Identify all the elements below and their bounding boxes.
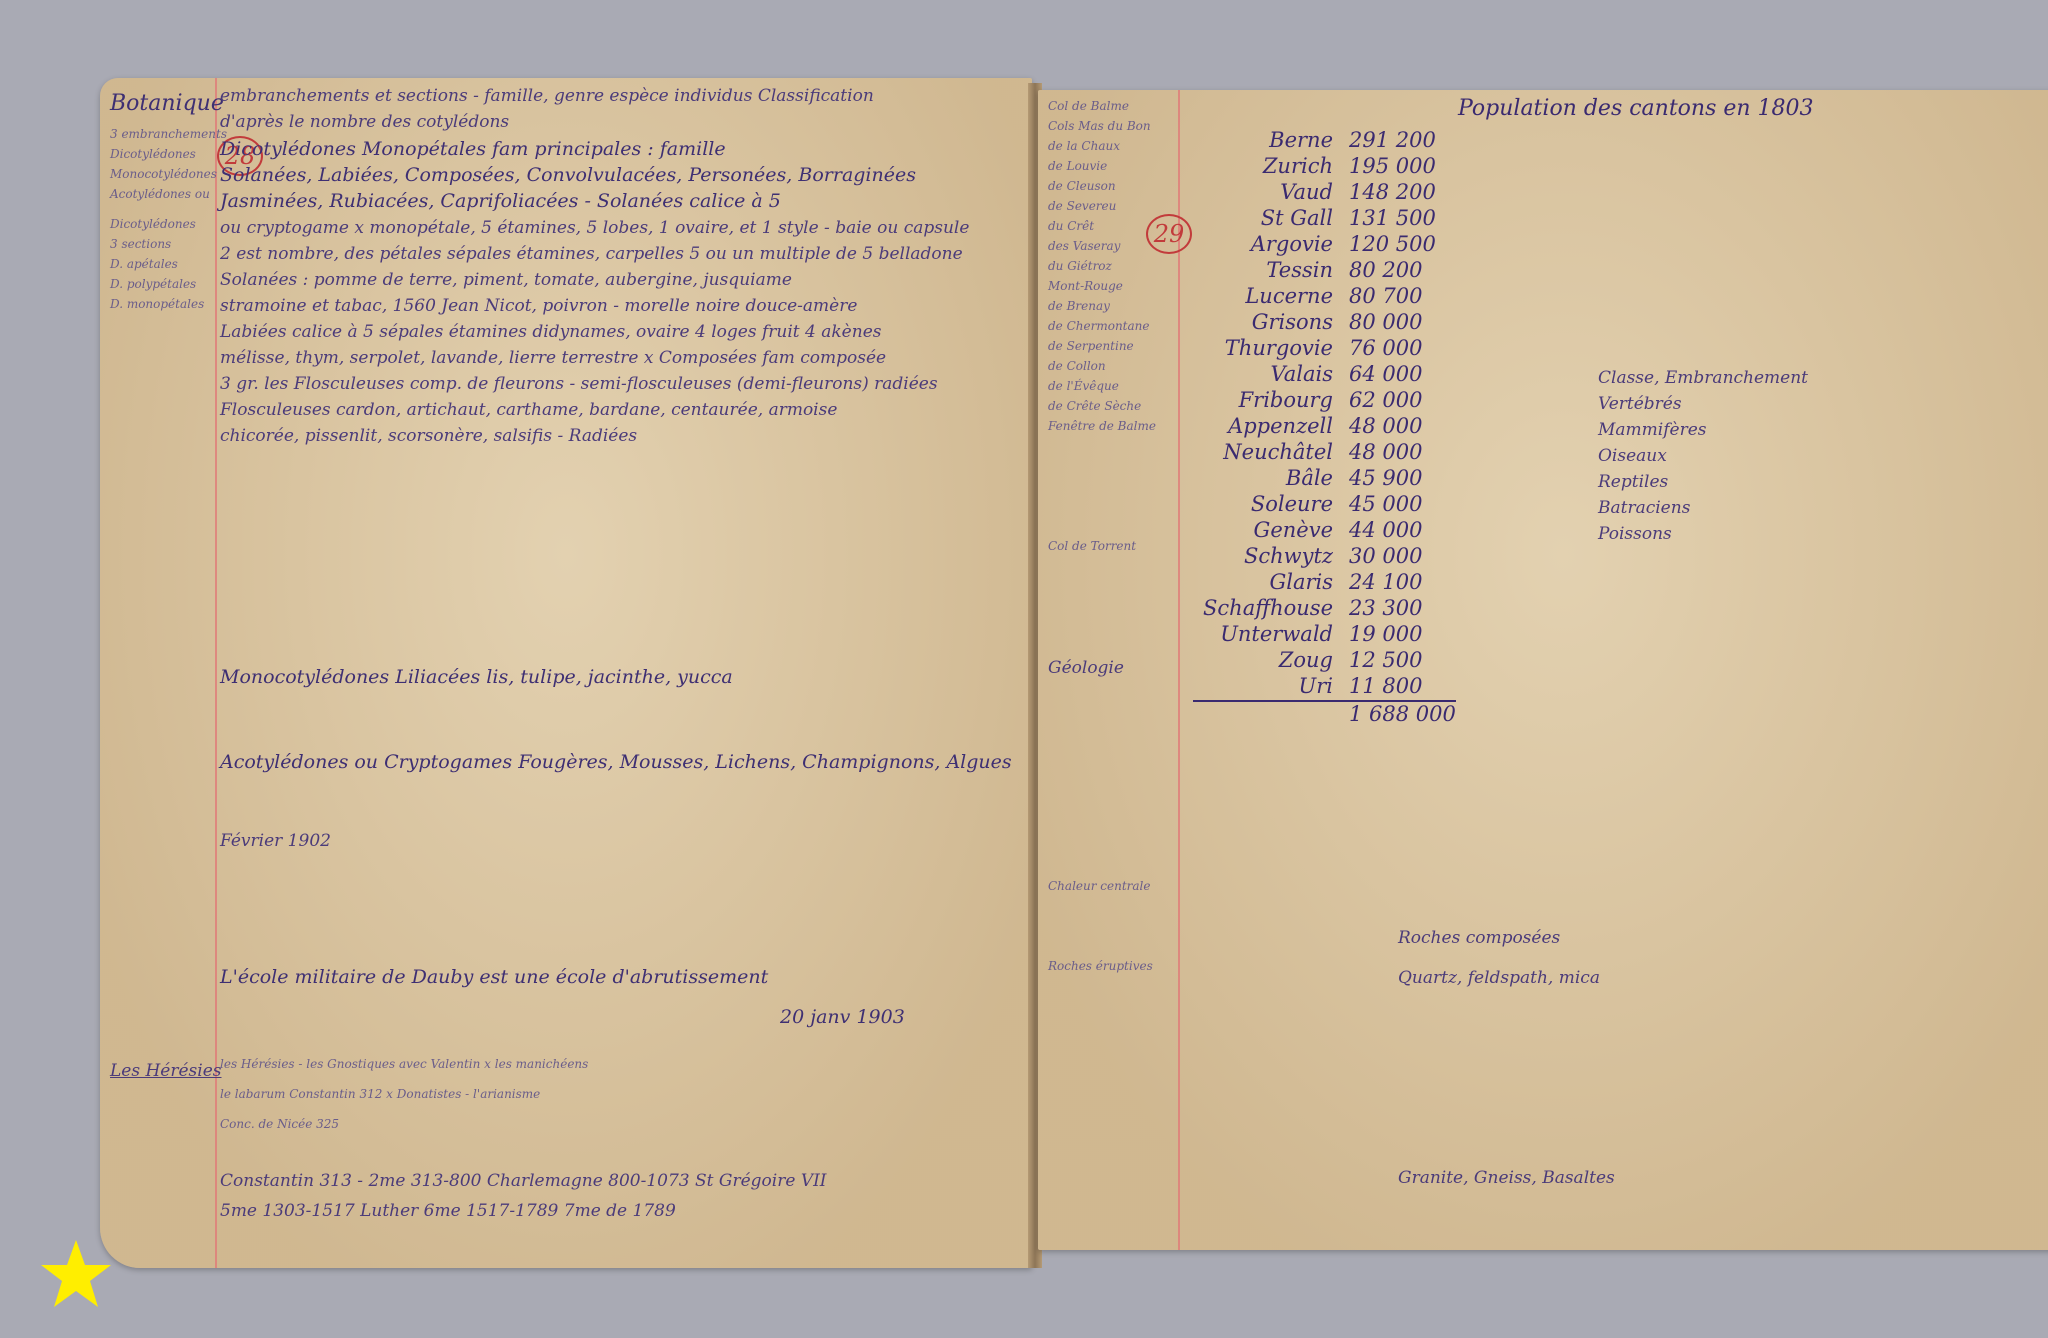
population-value: 48 000 bbox=[1349, 414, 1422, 440]
margin-note: du Giétroz bbox=[1048, 260, 1112, 272]
subject-title: Botanique bbox=[110, 93, 224, 115]
canton-name: Schaffhouse bbox=[1193, 596, 1333, 622]
canton-name: Zoug bbox=[1193, 648, 1333, 674]
table-row: Valais64 000 bbox=[1193, 362, 1456, 388]
text-line: le labarum Constantin 312 x Donatistes -… bbox=[220, 1088, 540, 1100]
table-row: Glaris24 100 bbox=[1193, 570, 1456, 596]
margin-note: Les Hérésies bbox=[110, 1063, 222, 1080]
canton-name: Schwytz bbox=[1193, 544, 1333, 570]
margin-note: Acotylédones ou bbox=[110, 188, 210, 200]
text-line: Jasminées, Rubiacées, Caprifoliacées - S… bbox=[220, 192, 781, 211]
canton-name: Glaris bbox=[1193, 570, 1333, 596]
population-heading: Population des cantons en 1803 bbox=[1458, 98, 1814, 120]
margin-note: Monocotylédones bbox=[110, 168, 217, 180]
margin-note: Dicotylédones bbox=[110, 218, 196, 230]
canton-name: Genève bbox=[1193, 518, 1333, 544]
text-line: d'après le nombre des cotylédons bbox=[220, 114, 509, 131]
right-page: 29 Col de Balme Cols Mas du Bon de la Ch… bbox=[1038, 90, 2048, 1250]
population-value: 80 200 bbox=[1349, 258, 1422, 284]
text-line: Acotylédones ou Cryptogames Fougères, Mo… bbox=[220, 753, 1012, 772]
population-value: 19 000 bbox=[1349, 622, 1422, 648]
canton-name: Soleure bbox=[1193, 492, 1333, 518]
text-line: stramoine et tabac, 1560 Jean Nicot, poi… bbox=[220, 298, 857, 315]
text-line: embranchements et sections - famille, ge… bbox=[220, 88, 874, 105]
text-line: Reptiles bbox=[1598, 474, 1668, 491]
text-line: Quartz, feldspath, mica bbox=[1398, 970, 1600, 987]
population-value: 80 700 bbox=[1349, 284, 1422, 310]
margin-note: du Crêt bbox=[1048, 220, 1094, 232]
text-line: L'école militaire de Dauby est une école… bbox=[220, 968, 768, 987]
margin-note: de Collon bbox=[1048, 360, 1106, 372]
population-value: 64 000 bbox=[1349, 362, 1422, 388]
text-line: Dicotylédones Monopétales fam principale… bbox=[220, 140, 726, 159]
text-line: Solanées, Labiées, Composées, Convolvula… bbox=[220, 166, 916, 185]
text-line: Flosculeuses cardon, artichaut, carthame… bbox=[220, 402, 837, 419]
margin-note: de Crête Sèche bbox=[1048, 400, 1141, 412]
canton-name: Lucerne bbox=[1193, 284, 1333, 310]
table-row: Genève44 000 bbox=[1193, 518, 1456, 544]
star-icon bbox=[40, 1238, 112, 1310]
margin-note: Géologie bbox=[1048, 660, 1124, 677]
text-line: mélisse, thym, serpolet, lavande, lierre… bbox=[220, 350, 886, 367]
margin-note: Mont-Rouge bbox=[1048, 280, 1123, 292]
population-table: Berne291 200Zurich195 000Vaud148 200St G… bbox=[1193, 128, 1456, 728]
text-line: chicorée, pissenlit, scorsonère, salsifi… bbox=[220, 428, 637, 445]
notebook-spread: 28 Botanique 3 embranchements Dicotylédo… bbox=[100, 78, 2048, 1278]
table-total: 1 688 000 bbox=[1193, 700, 1456, 728]
table-row: Grisons80 000 bbox=[1193, 310, 1456, 336]
canton-name: Valais bbox=[1193, 362, 1333, 388]
text-line: Roches composées bbox=[1398, 930, 1560, 947]
population-value: 44 000 bbox=[1349, 518, 1422, 544]
margin-note: des Vaseray bbox=[1048, 240, 1120, 252]
margin-note: de la Chaux bbox=[1048, 140, 1120, 152]
table-row: Uri11 800 bbox=[1193, 674, 1456, 700]
table-row: Schwytz30 000 bbox=[1193, 544, 1456, 570]
margin-note: 3 sections bbox=[110, 238, 171, 250]
population-value: 30 000 bbox=[1349, 544, 1422, 570]
margin-note: Cols Mas du Bon bbox=[1048, 120, 1151, 132]
population-value: 11 800 bbox=[1349, 674, 1422, 700]
population-value: 291 200 bbox=[1349, 128, 1436, 154]
canton-name: Appenzell bbox=[1193, 414, 1333, 440]
canton-name: St Gall bbox=[1193, 206, 1333, 232]
canton-name: Neuchâtel bbox=[1193, 440, 1333, 466]
population-value: 48 000 bbox=[1349, 440, 1422, 466]
population-value: 45 900 bbox=[1349, 466, 1422, 492]
canton-name: Fribourg bbox=[1193, 388, 1333, 414]
canton-name: Grisons bbox=[1193, 310, 1333, 336]
text-line: Mammifères bbox=[1598, 422, 1706, 439]
table-row: Schaffhouse23 300 bbox=[1193, 596, 1456, 622]
canton-name: Vaud bbox=[1193, 180, 1333, 206]
margin-note: Col de Torrent bbox=[1048, 540, 1136, 552]
text-line: Poissons bbox=[1598, 526, 1672, 543]
table-row: St Gall131 500 bbox=[1193, 206, 1456, 232]
table-row: Appenzell48 000 bbox=[1193, 414, 1456, 440]
population-value: 45 000 bbox=[1349, 492, 1422, 518]
population-value: 76 000 bbox=[1349, 336, 1422, 362]
table-row: Bâle45 900 bbox=[1193, 466, 1456, 492]
canton-name: Zurich bbox=[1193, 154, 1333, 180]
population-value: 24 100 bbox=[1349, 570, 1422, 596]
text-line: Février 1902 bbox=[220, 833, 331, 850]
margin-note: D. monopétales bbox=[110, 298, 204, 310]
canton-name: Tessin bbox=[1193, 258, 1333, 284]
text-line: Batraciens bbox=[1598, 500, 1690, 517]
text-line: Vertébrés bbox=[1598, 396, 1682, 413]
table-row: Lucerne80 700 bbox=[1193, 284, 1456, 310]
table-row: Zurich195 000 bbox=[1193, 154, 1456, 180]
table-row: Zoug12 500 bbox=[1193, 648, 1456, 674]
left-page: 28 Botanique 3 embranchements Dicotylédo… bbox=[100, 78, 1032, 1268]
text-line: Oiseaux bbox=[1598, 448, 1667, 465]
table-row: Argovie120 500 bbox=[1193, 232, 1456, 258]
population-value: 80 000 bbox=[1349, 310, 1422, 336]
table-row: Berne291 200 bbox=[1193, 128, 1456, 154]
margin-line bbox=[215, 78, 217, 1268]
margin-note: de Cleuson bbox=[1048, 180, 1116, 192]
margin-note: Chaleur centrale bbox=[1048, 880, 1151, 892]
canton-name: Uri bbox=[1193, 674, 1333, 700]
text-line: 2 est nombre, des pétales sépales étamin… bbox=[220, 246, 963, 263]
margin-note: de Serpentine bbox=[1048, 340, 1134, 352]
canton-name: Berne bbox=[1193, 128, 1333, 154]
text-line: les Hérésies - les Gnostiques avec Valen… bbox=[220, 1058, 588, 1070]
table-row: Thurgovie76 000 bbox=[1193, 336, 1456, 362]
margin-note: Fenêtre de Balme bbox=[1048, 420, 1156, 432]
population-value: 131 500 bbox=[1349, 206, 1436, 232]
page-number: 29 bbox=[1146, 214, 1192, 254]
table-row: Tessin80 200 bbox=[1193, 258, 1456, 284]
margin-line bbox=[1178, 90, 1180, 1250]
margin-note: de Severeu bbox=[1048, 200, 1116, 212]
text-line: 3 gr. les Flosculeuses comp. de fleurons… bbox=[220, 376, 938, 393]
margin-note: D. apétales bbox=[110, 258, 178, 270]
population-value: 195 000 bbox=[1349, 154, 1436, 180]
margin-note: de l'Évêque bbox=[1048, 380, 1119, 392]
table-row: Unterwald19 000 bbox=[1193, 622, 1456, 648]
text-line: 5me 1303-1517 Luther 6me 1517-1789 7me d… bbox=[220, 1203, 676, 1220]
text-line: Labiées calice à 5 sépales étamines didy… bbox=[220, 324, 881, 341]
text-line: Monocotylédones Liliacées lis, tulipe, j… bbox=[220, 668, 733, 687]
canton-name: Thurgovie bbox=[1193, 336, 1333, 362]
text-line: Granite, Gneiss, Basaltes bbox=[1398, 1170, 1615, 1187]
canton-name: Unterwald bbox=[1193, 622, 1333, 648]
total-value: 1 688 000 bbox=[1349, 702, 1456, 728]
table-row: Neuchâtel48 000 bbox=[1193, 440, 1456, 466]
margin-note: de Chermontane bbox=[1048, 320, 1149, 332]
margin-note: Roches éruptives bbox=[1048, 960, 1153, 972]
population-value: 12 500 bbox=[1349, 648, 1422, 674]
population-value: 120 500 bbox=[1349, 232, 1436, 258]
table-row: Fribourg62 000 bbox=[1193, 388, 1456, 414]
total-label bbox=[1193, 702, 1333, 728]
text-line: Solanées : pomme de terre, piment, tomat… bbox=[220, 272, 792, 289]
margin-note: Dicotylédones bbox=[110, 148, 196, 160]
text-line: 20 janv 1903 bbox=[780, 1008, 905, 1027]
canton-name: Bâle bbox=[1193, 466, 1333, 492]
margin-note: de Brenay bbox=[1048, 300, 1110, 312]
margin-note: D. polypétales bbox=[110, 278, 196, 290]
text-line: ou cryptogame x monopétale, 5 étamines, … bbox=[220, 220, 969, 237]
table-row: Vaud148 200 bbox=[1193, 180, 1456, 206]
population-value: 23 300 bbox=[1349, 596, 1422, 622]
text-line: Constantin 313 - 2me 313-800 Charlemagne… bbox=[220, 1173, 827, 1190]
margin-note: 3 embranchements bbox=[110, 128, 227, 140]
population-value: 62 000 bbox=[1349, 388, 1422, 414]
text-line: Conc. de Nicée 325 bbox=[220, 1118, 339, 1130]
margin-note: de Louvie bbox=[1048, 160, 1107, 172]
text-line: Classe, Embranchement bbox=[1598, 370, 1808, 387]
population-value: 148 200 bbox=[1349, 180, 1436, 206]
canton-name: Argovie bbox=[1193, 232, 1333, 258]
margin-note: Col de Balme bbox=[1048, 100, 1129, 112]
table-row: Soleure45 000 bbox=[1193, 492, 1456, 518]
